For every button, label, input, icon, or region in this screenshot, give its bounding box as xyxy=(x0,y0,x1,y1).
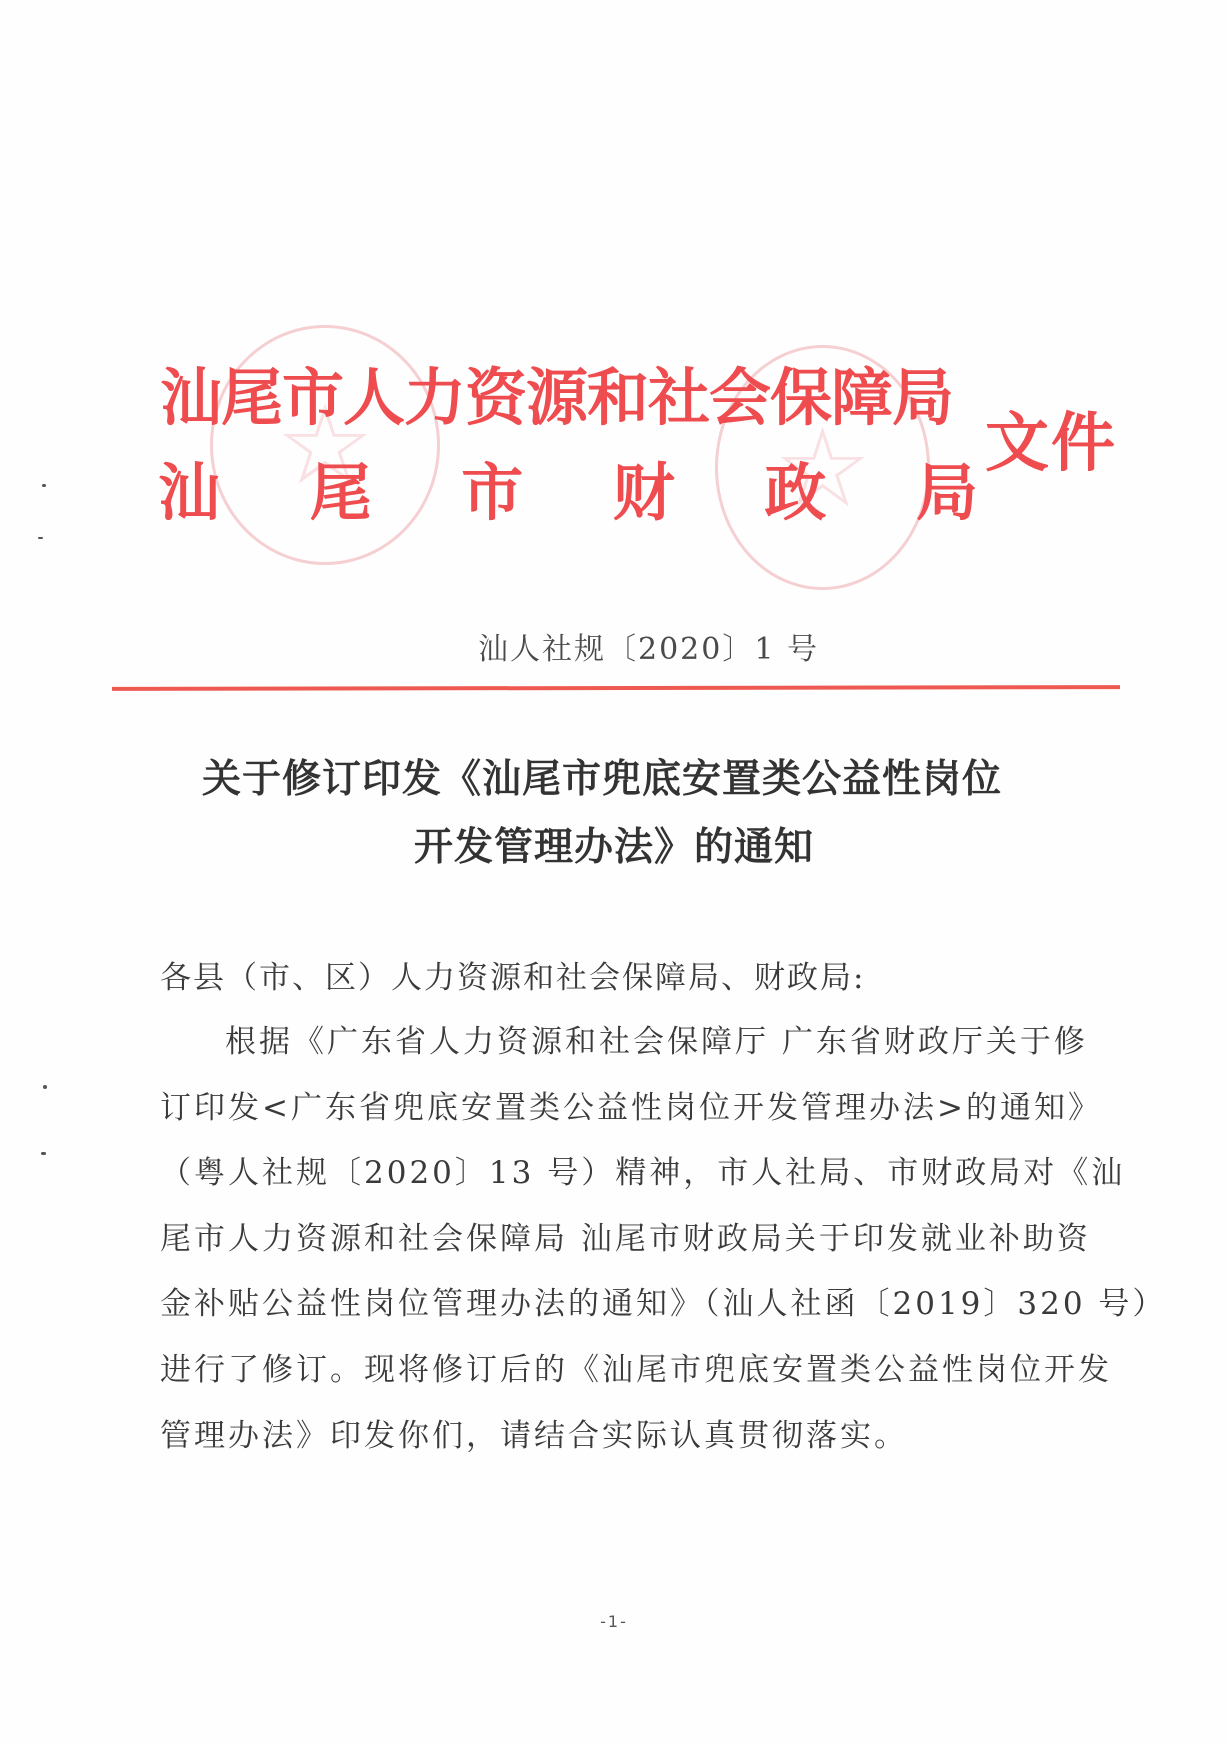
issuer-char: 汕 xyxy=(158,462,220,524)
red-divider xyxy=(112,685,1120,691)
body-line: 管理办法》印发你们，请结合实际认真贯彻落实。 xyxy=(160,1410,908,1455)
body-line: （粤人社规〔2020〕13 号）精神，市人社局、市财政局对《汕 xyxy=(160,1147,1125,1192)
issuer-char: 政 xyxy=(764,462,826,524)
scan-speck xyxy=(43,1085,47,1089)
document-number: 汕人社规〔2020〕1 号 xyxy=(478,624,819,668)
salutation: 各县（市、区）人力资源和社会保障局、财政局: xyxy=(160,952,865,997)
issuer-char: 市 xyxy=(461,462,523,524)
body-line: 进行了修订。现将修订后的《汕尾市兜底安置类公益性岗位开发 xyxy=(160,1344,1112,1389)
issuer-hrss-bureau: 汕尾市人力资源和社会保障局 xyxy=(160,367,953,429)
body-line: 尾市人力资源和社会保障局 汕尾市财政局关于印发就业补助资 xyxy=(160,1213,1091,1258)
body-line: 根据《广东省人力资源和社会保障厅 广东省财政厅关于修 xyxy=(225,1016,1088,1061)
document-title-line2: 开发管理办法》的通知 xyxy=(0,816,1228,872)
issuer-char: 尾 xyxy=(310,462,372,524)
body-line: 订印发<广东省兜底安置类公益性岗位开发管理办法>的通知》 xyxy=(160,1082,1102,1127)
document-page: ☆ ☆ 汕尾市人力资源和社会保障局 汕 尾 市 财 政 局 文件 汕人社规〔20… xyxy=(0,0,1228,1742)
issuer-char: 局 xyxy=(916,462,978,524)
document-type-label: 文件 xyxy=(985,412,1117,476)
scan-speck xyxy=(42,484,46,487)
scan-speck xyxy=(41,1152,46,1155)
scan-speck xyxy=(38,537,43,539)
issuer-char: 财 xyxy=(613,462,675,524)
document-title-line1: 关于修订印发《汕尾市兜底安置类公益性岗位 xyxy=(0,748,1216,804)
body-line: 金补贴公益性岗位管理办法的通知》（汕人社函〔2019〕320 号） xyxy=(160,1278,1166,1323)
page-number: -1- xyxy=(0,1612,1228,1631)
issuer-finance-bureau: 汕 尾 市 财 政 局 xyxy=(158,462,978,524)
